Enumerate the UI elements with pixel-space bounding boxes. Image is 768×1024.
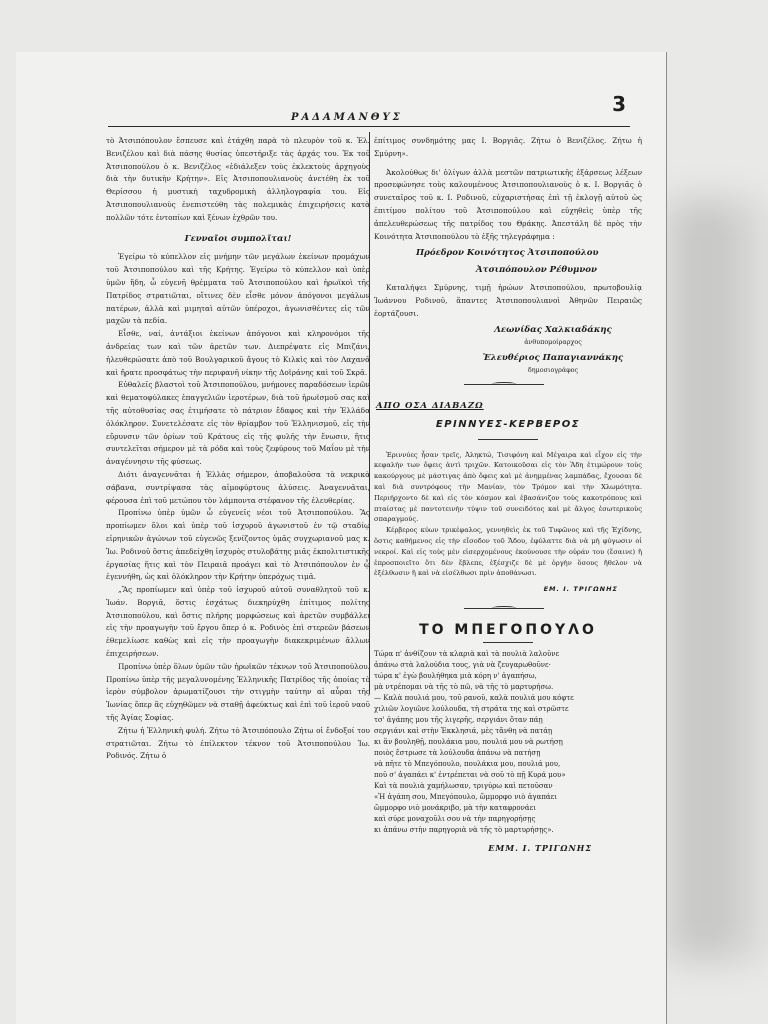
- speech-paragraph: Ζήτω ἡ Ἑλληνικὴ φυλή. Ζήτω τὸ Ἀτσιπόπουλ…: [106, 725, 370, 763]
- poem-line: — Καλὰ πουλιά μου, τοῦ ρανοῦ, καλὰ πουλι…: [374, 693, 642, 704]
- poem-title: ΤΟ ΜΠΕΓΟΠΟΥΛΟ: [374, 624, 642, 637]
- poem-line: ποῦ σ' ἀγαπάει κ' ἐντρέπεται νὰ σοῦ τὸ π…: [374, 770, 642, 781]
- poem-line: κι ἂν βουληθῇ, πουλάκια μου, πουλιά μου …: [374, 737, 642, 748]
- poem-line: μὰ ντρέπομαι νὰ τῆς τὸ πῶ, νὰ τῆς τὸ μαρ…: [374, 682, 642, 693]
- speech-paragraph: Εἶσθε, ναί, ἀντάξιοι ἐκείνων ἀπόγονοι κα…: [106, 328, 370, 379]
- right-column: ἐπίτιμος συνδημότης μας Ι. Βοργιᾶς. Ζήτω…: [364, 135, 642, 855]
- ornament-divider: [464, 384, 544, 388]
- signatory-role: δημοσιογράφος: [464, 365, 642, 376]
- intro-paragraph: τὸ Ἀτσιπόπουλον ἔσπευσε καὶ ἐτάχθη παρὰ …: [106, 135, 370, 225]
- speech-paragraph: Διότι ἀναγεννᾶται ἡ Ἑλλὰς σήμερον, ἀποβα…: [106, 469, 370, 507]
- title-rule: [478, 439, 538, 440]
- poem-line: ποιὸς ἔστρωσε τὰ λούλουδα ἀπάνω νὰ πατήσ…: [374, 748, 642, 759]
- poem-line: τσ' ἀγάπης μου τῆς λιγερῆς, σεργιάνι ὅτα…: [374, 715, 642, 726]
- poem-line: «Ἡ ἀγάπη σου, Μπεγόπουλο, ὤμμορφο νιὸ ἀγ…: [374, 792, 642, 803]
- poem-line: νὰ πῆτε τὸ Μπεγόπουλο, πουλάκια μου, που…: [374, 759, 642, 770]
- poem-line: τώρα κ' ἐγὼ βουλήθηκα μιὰ κόρη ν' ἀγαπήσ…: [374, 671, 642, 682]
- article-title: ΕΡΙΝΝΥΕΣ-ΚΕΡΒΕΡΟΣ: [374, 419, 642, 432]
- signatory: Ἐλευθέριος Παπαγιαννάκης δημοσιογράφος: [464, 352, 642, 376]
- poem-line: κι ἀπάνω στὴν παρηγοριὰ νὰ τῆς τὸ μαρτυρ…: [374, 825, 642, 836]
- masthead: ΡΑΔΑΜΑΝΘΥΣ: [291, 112, 403, 123]
- poem-line: ἀπάνω στὰ λαλούδια τους, γιὰ νὰ ζευγαρωθ…: [374, 660, 642, 671]
- title-rule: [483, 642, 533, 643]
- article-paragraph: Κέρβερος κύων τρικέφαλος, γεννηθεὶς ἐκ τ…: [374, 525, 642, 579]
- page-number: 3: [612, 92, 626, 116]
- article-paragraph: Ἐριννύες ἦσαν τρεῖς, Ἀληκτώ, Τισιφόνη κα…: [374, 450, 642, 526]
- signatory-name: Ἐλευθέριος Παπαγιαννάκης: [464, 352, 642, 365]
- ornament-divider: [464, 608, 544, 612]
- continuation-paragraph: ἐπίτιμος συνδημότης μας Ι. Βοργιᾶς. Ζήτω…: [374, 135, 642, 161]
- poem-line: καὶ σύρε μοναχοῦλι σου νὰ τὴν παρηγορήσῃ…: [374, 814, 642, 825]
- speech-paragraph: Προπίνω ὑπὲρ ὅλων ὑμῶν τῶν ἡρωϊκῶν τέκνω…: [106, 661, 370, 725]
- speech-paragraph: Ἐγείρω τὸ κύπελλον εἰς μνήμην τῶν μεγάλω…: [106, 251, 370, 328]
- article-byline: ΕΜ. Ι. ΤΡΙΓΩΝΗΣ: [374, 583, 618, 596]
- poem-line: Καὶ τὰ πουλιὰ χαμήλωσαν, τριγύρω καὶ πετ…: [374, 781, 642, 792]
- page-header: ΡΑΔΑΜΑΝΘΥΣ 3: [108, 96, 630, 127]
- speech-paragraph: Προπίνω ὑπὲρ ὑμῶν ὦ εὐγενεῖς νέοι τοῦ Ἀτ…: [106, 507, 370, 584]
- signatory-name: Λεωνίδας Χαλκιαδάκης: [464, 324, 642, 337]
- newspaper-page: ΡΑΔΑΜΑΝΘΥΣ 3 τὸ Ἀτσιπόπουλον ἔσπευσε καὶ…: [16, 52, 666, 1024]
- signatory: Λεωνίδας Χαλκιαδάκης ἀνθυπομοίραρχος: [464, 324, 642, 348]
- poem-byline: ΕΜΜ. Ι. ΤΡΙΓΩΝΗΣ: [374, 842, 592, 855]
- poem-line: ὤμμορφο νιὸ μονάκριβο, μὰ τὴν καταφρονάε…: [374, 803, 642, 814]
- telegram-address-2: Ἀτσιπόπουλον Ρέθυμνον: [374, 264, 642, 277]
- poem-line: σεργιάνι καὶ στὴν Ἐκκλησιά, μὲς τἄνθη νὰ…: [374, 726, 642, 737]
- poem-line: Τώρα π' ἀνθίζουν τὰ κλαριὰ καὶ τὰ πουλιὰ…: [374, 649, 642, 660]
- poem: Τώρα π' ἀνθίζουν τὰ κλαριὰ καὶ τὰ πουλιὰ…: [374, 649, 642, 836]
- speech-paragraph: Εὐθαλεῖς βλαστοὶ τοῦ Ἀτσιποπούλου, μνήμο…: [106, 379, 370, 469]
- speech-subheading: Γενναῖοι συμπολῖται!: [106, 233, 370, 246]
- section-label: ΑΠΟ ΟΣΑ ΔΙΑΒΑΖΩ: [376, 400, 642, 413]
- poem-line: χιλιῶν λογιῶνε λούλουδα, τὴ στράτα της κ…: [374, 704, 642, 715]
- report-paragraph: Ἀκολούθως δι' ὀλίγων ἀλλὰ μεστῶν πατριωτ…: [374, 167, 642, 244]
- telegram-address-1: Πρόεδρον Κοινότητος Ἀτσιποπούλου: [374, 247, 642, 260]
- left-column: τὸ Ἀτσιπόπουλον ἔσπευσε καὶ ἐτάχθη παρὰ …: [106, 135, 370, 763]
- signatory-role: ἀνθυπομοίραρχος: [464, 337, 642, 348]
- telegram-body: Καταλήψει Σμύρνης, τιμῇ ἡρώων Ἀτσιποπούλ…: [374, 282, 642, 320]
- speech-paragraph: „Ἂς προπίωμεν καὶ ὑπὲρ τοῦ ἰσχυροῦ αὐτοῦ…: [106, 584, 370, 661]
- page-shadow: [665, 200, 768, 960]
